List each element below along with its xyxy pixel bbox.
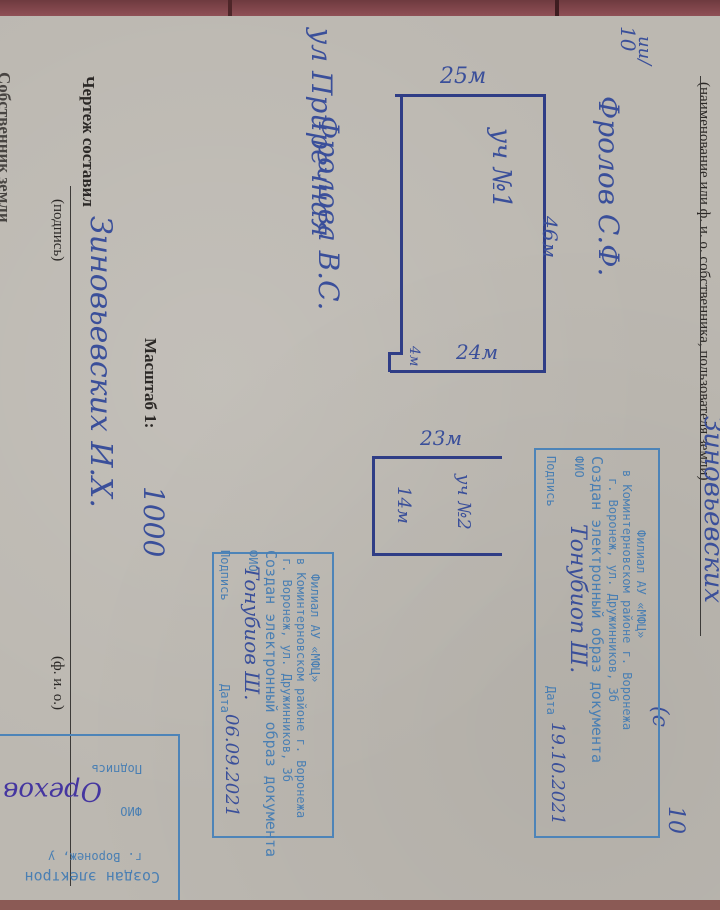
stamp-signature-label: Подпись: [91, 762, 142, 776]
stamp-line: в Коминтерновском районе г. Воронежа: [294, 558, 308, 818]
plot1-notch-side: [388, 352, 391, 372]
mfc-stamp-left-partial: Создан электрон г. Воронеж, у в Коминтер…: [0, 734, 180, 910]
stamp-line: г. Воронеж, ул. Дружинников, 3б: [280, 558, 294, 782]
stamp-fio-label: ФИО: [120, 804, 142, 818]
stamp-fio-value: Тонубиов Ш.: [240, 566, 264, 700]
plot2-bottom-edge: [372, 553, 502, 556]
left-neighbor-name: Фролов С.Ф.: [592, 96, 625, 276]
plot2-left-edge: [372, 456, 375, 556]
plot1-bottom-length: 24м: [456, 340, 498, 364]
paper-sheet: (наименование или ф. и. о. собственника,…: [0, 16, 720, 910]
plot1-bottom-edge: [390, 370, 546, 373]
signature-caption: (подпись): [49, 199, 66, 261]
stamp-line: г. Воронеж, у: [48, 850, 142, 864]
table-background-bottom: [0, 900, 720, 910]
stamp-signature-label: Подпись: [544, 456, 558, 507]
plot2-top-edge: [372, 456, 502, 459]
stamp-line: Создан электронный образ документа: [262, 550, 280, 857]
corner-number: 10: [663, 806, 688, 834]
mfc-stamp-right: Филиал АУ «МФЦ» в Коминтерновском районе…: [534, 448, 660, 838]
plot1-label: уч №1: [486, 128, 516, 209]
stamp-date-value: 06.09.2021: [221, 714, 242, 817]
plot1-left-edge: [400, 94, 403, 354]
stamp-fio-label: ФИО: [572, 456, 586, 478]
stamp-line: Филиал АУ «МФЦ»: [308, 574, 322, 682]
stamp-fio-value: Тонубиоп Ш.: [565, 524, 590, 673]
stamp-line: Создан электронный образ документа: [588, 456, 606, 763]
drawn-by-label: Чертеж составил: [78, 76, 98, 207]
stamp-date-value: 19.10.2021: [547, 722, 568, 825]
stamp-line: в Коминтерновском районе г. Воронежа: [620, 470, 634, 730]
plot1-side-length: 46м: [538, 216, 562, 258]
plot2-top-length: 23м: [420, 426, 462, 450]
owner-name-handwritten: Зиновьевских: [698, 416, 720, 603]
plot1-top-edge: [395, 94, 545, 97]
corner-number-top: 10: [616, 26, 640, 51]
stamp-date-label: Дата: [544, 686, 558, 715]
drawn-by-name: Зиновьевских И.Х.: [83, 216, 118, 508]
plot1-notch-length: 4м: [406, 346, 422, 367]
plot2-side-length: 14м: [393, 486, 414, 524]
scale-label: Масштаб 1:: [140, 338, 160, 428]
scale-value: 1000: [137, 486, 170, 557]
stamp-line: г. Воронеж, ул. Дружинников, 3б: [606, 478, 620, 702]
stamp-fio-value: Орехов: [3, 776, 102, 806]
top-width-label: 25м: [440, 64, 486, 89]
owner-label-cut-off: Собственник земли: [0, 72, 14, 223]
fio-caption: (ф. и. о.): [49, 656, 66, 710]
right-neighbor-name: Фролова В.С.: [312, 116, 345, 310]
plot2-label: уч №2: [453, 474, 474, 530]
stamp-line: Филиал АУ «МФЦ»: [634, 530, 648, 638]
mfc-stamp-middle: Филиал АУ «МФЦ» в Коминтерновском районе…: [212, 552, 334, 838]
stamp-signature-label: Подпись: [218, 550, 232, 601]
stamp-date-label: Дата: [218, 684, 232, 713]
